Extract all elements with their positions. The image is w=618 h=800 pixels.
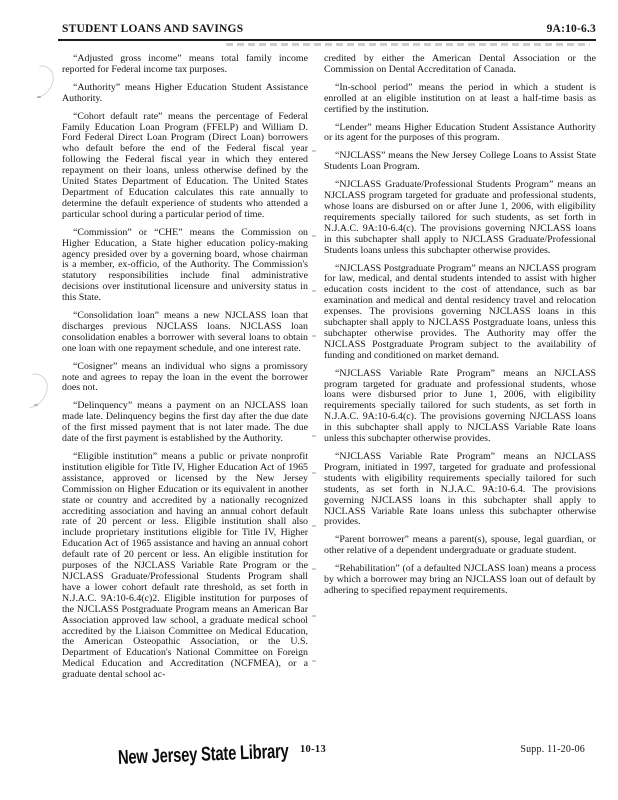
page-number: 10-13 bbox=[300, 744, 326, 755]
paragraph: “Cosigner” means an individual who signs… bbox=[62, 362, 308, 395]
scan-mark bbox=[312, 472, 316, 474]
scan-mark bbox=[312, 235, 316, 237]
scan-mark bbox=[312, 660, 316, 662]
paragraph: “Consolidation loan” means a new NJCLASS… bbox=[62, 311, 308, 355]
paragraph: “Adjusted gross income” means total fami… bbox=[62, 54, 308, 76]
scan-mark bbox=[312, 615, 316, 617]
paragraph: “NJCLASS Variable Rate Program” means an… bbox=[324, 452, 596, 528]
paragraph: “Eligible institution” means a public or… bbox=[62, 452, 308, 681]
scan-mark bbox=[312, 568, 316, 570]
paragraph: “Rehabilitation” (of a defaulted NJCLASS… bbox=[324, 564, 596, 597]
left-column: “Adjusted gross income” means total fami… bbox=[62, 54, 308, 688]
body-columns: “Adjusted gross income” means total fami… bbox=[62, 54, 596, 688]
paragraph: “Commission” or “CHE” means the Commissi… bbox=[62, 228, 308, 304]
paragraph: “Delinquency” means a payment on an NJCL… bbox=[62, 401, 308, 445]
scan-mark bbox=[34, 404, 38, 406]
scan-mark bbox=[312, 150, 316, 152]
paragraph: “Lender” means Higher Education Student … bbox=[324, 123, 596, 145]
scan-mark bbox=[312, 525, 316, 527]
paragraph: “NJCLASS Graduate/Professional Students … bbox=[324, 180, 596, 256]
document-page: STUDENT LOANS AND SAVINGS 9A:10-6.3 “Adj… bbox=[0, 0, 618, 800]
paragraph: “Authority” means Higher Education Stude… bbox=[62, 83, 308, 105]
right-column: credited by either the American Dental A… bbox=[324, 54, 596, 688]
paragraph: “Parent borrower” means a parent(s), spo… bbox=[324, 535, 596, 557]
header-section-number: 9A:10-6.3 bbox=[547, 23, 596, 35]
paragraph: “Cohort default rate” means the percenta… bbox=[62, 112, 308, 221]
page-header: STUDENT LOANS AND SAVINGS 9A:10-6.3 bbox=[62, 23, 596, 35]
paragraph: credited by either the American Dental A… bbox=[324, 54, 596, 76]
paragraph: “NJCLASS Variable Rate Program” means an… bbox=[324, 369, 596, 445]
header-rule bbox=[58, 39, 596, 41]
scan-mark bbox=[37, 96, 41, 98]
paragraph: “In-school period” means the period in w… bbox=[324, 83, 596, 116]
paragraph: “NJCLASS Postgraduate Program” means an … bbox=[324, 264, 596, 362]
library-stamp: New Jersey State Library bbox=[118, 740, 289, 770]
paragraph: “NJCLASS” means the New Jersey College L… bbox=[324, 151, 596, 173]
scan-mark bbox=[312, 435, 316, 437]
header-title: STUDENT LOANS AND SAVINGS bbox=[62, 23, 243, 35]
scan-mark bbox=[312, 335, 316, 337]
scan-smudge bbox=[226, 43, 590, 46]
supplement-date: Supp. 11-20-06 bbox=[520, 744, 585, 755]
scan-mark bbox=[7, 367, 54, 415]
scan-mark bbox=[312, 290, 316, 292]
